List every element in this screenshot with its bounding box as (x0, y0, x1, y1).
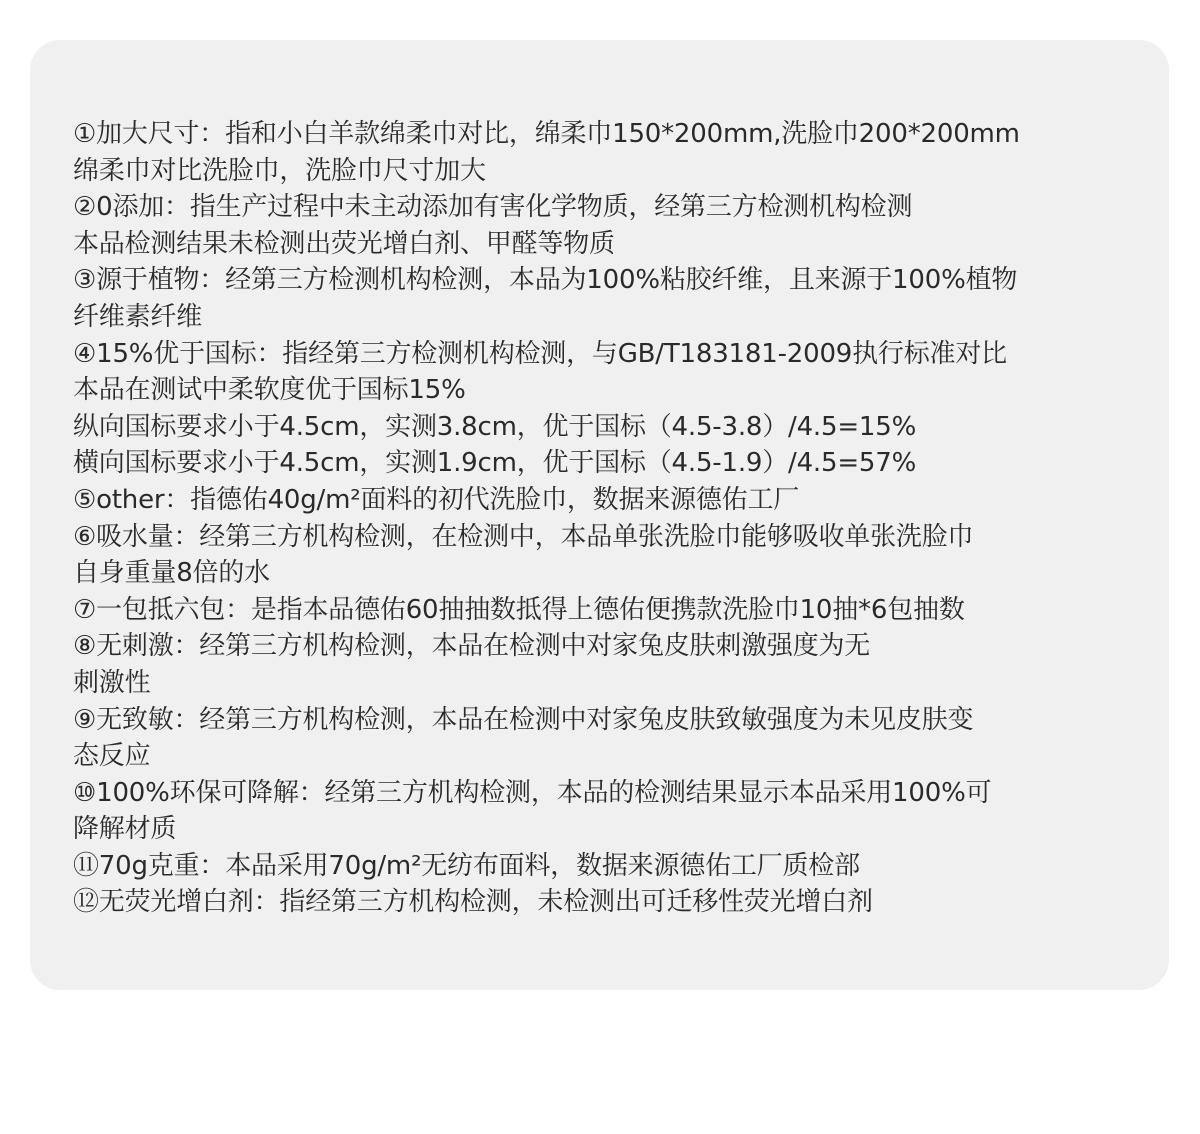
note-line-12-no-brightener: ⑫无荧光增白剂：指经第三方机构检测，未检测出可迁移性荧光增白剂 (73, 884, 1169, 921)
note-line-2-zero-additive-cont: 本品检测结果未检测出荧光增白剂、甲醛等物质 (73, 226, 1169, 263)
note-line-4-national-standard: ④15%优于国标：指经第三方检测机构检测，与GB/T183181-2009执行标… (73, 336, 1169, 373)
note-line-4-softness: 本品在测试中柔软度优于国标15% (73, 372, 1169, 409)
note-line-8-non-irritating: ⑧无刺激：经第三方机构检测，本品在检测中对家兔皮肤刺激强度为无 (73, 628, 1169, 665)
note-line-4-transverse: 横向国标要求小于4.5cm，实测1.9cm，优于国标（4.5-1.9）/4.5=… (73, 445, 1169, 482)
note-line-9-non-sensitizing: ⑨无致敏：经第三方机构检测，本品在检测中对家兔皮肤致敏强度为未见皮肤变 (73, 702, 1169, 739)
note-line-3-plant-origin: ③源于植物：经第三方检测机构检测，本品为100%粘胶纤维，且来源于100%植物 (73, 262, 1169, 299)
note-line-6-absorption-cont: 自身重量8倍的水 (73, 555, 1169, 592)
note-line-2-zero-additive: ②0添加：指生产过程中未主动添加有害化学物质，经第三方检测机构检测 (73, 189, 1169, 226)
note-line-10-biodegradable-cont: 降解材质 (73, 811, 1169, 848)
note-line-1-size: ①加大尺寸：指和小白羊款绵柔巾对比，绵柔巾150*200mm,洗脸巾200*20… (73, 116, 1169, 153)
note-line-4-longitudinal: 纵向国标要求小于4.5cm，实测3.8cm，优于国标（4.5-3.8）/4.5=… (73, 409, 1169, 446)
note-line-1-size-cont: 绵柔巾对比洗脸巾，洗脸巾尺寸加大 (73, 153, 1169, 190)
note-line-11-weight: ⑪70g克重：本品采用70g/m²无纺布面料，数据来源德佑工厂质检部 (73, 848, 1169, 885)
disclaimer-card: ①加大尺寸：指和小白羊款绵柔巾对比，绵柔巾150*200mm,洗脸巾200*20… (30, 40, 1169, 990)
note-line-5-other: ⑤other：指德佑40g/m²面料的初代洗脸巾，数据来源德佑工厂 (73, 482, 1169, 519)
note-line-6-absorption: ⑥吸水量：经第三方机构检测，在检测中，本品单张洗脸巾能够吸收单张洗脸巾 (73, 519, 1169, 556)
note-line-9-non-sensitizing-cont: 态反应 (73, 738, 1169, 775)
note-line-10-biodegradable: ⑩100%环保可降解：经第三方机构检测，本品的检测结果显示本品采用100%可 (73, 775, 1169, 812)
note-line-8-non-irritating-cont: 刺激性 (73, 665, 1169, 702)
note-line-3-plant-origin-cont: 纤维素纤维 (73, 299, 1169, 336)
note-line-7-one-pack: ⑦一包抵六包：是指本品德佑60抽抽数抵得上德佑便携款洗脸巾10抽*6包抽数 (73, 592, 1169, 629)
